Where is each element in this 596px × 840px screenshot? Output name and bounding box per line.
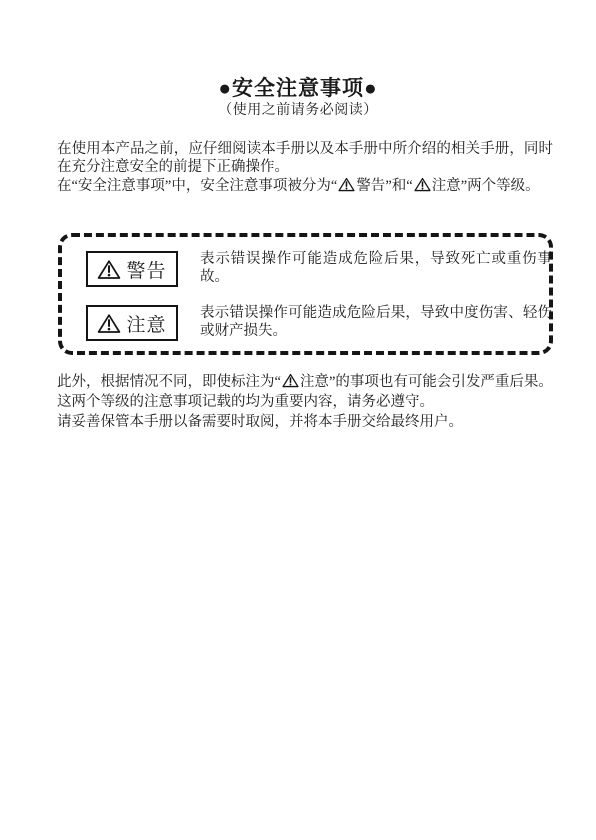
warning-triangle-icon [282,373,299,388]
warning-label-text: 警告 [126,256,166,283]
intro-paragraph-2-mid: ”和“ [385,178,412,194]
outro-paragraph-1-post: ”的事项也有可能会引发严重后果。 [329,374,553,390]
outro-section: 此外，根据情况不同，即使标注为“注意”的事项也有可能会引发严重后果。 这两个等级… [57,372,555,432]
warning-description: 表示错误操作可能造成危险后果，导致死亡或重伤事故。 [200,251,552,287]
warning-triangle-icon [97,313,121,334]
caution-description: 表示错误操作可能造成危险后果，导致中度伤害、轻伤或财产损失。 [200,305,552,341]
safety-precautions-page: ●安全注意事项● （使用之前请务必阅读） 在使用本产品之前，应仔细阅读本手册以及… [0,0,596,840]
caution-label-box: 注意 [86,305,178,341]
intro-caution-word: 注意 [432,178,461,194]
outro-paragraph-3: 请妥善保管本手册以备需要时取阅，并将本手册交给最终用户。 [57,412,555,432]
outro-paragraph-1-pre: 此外，根据情况不同，即使标注为“ [57,374,281,390]
outro-paragraph-1: 此外，根据情况不同，即使标注为“注意”的事项也有可能会引发严重后果。 [57,372,555,392]
intro-section: 在使用本产品之前，应仔细阅读本手册以及本手册中所介绍的相关手册，同时在充分注意安… [57,141,553,195]
intro-warning-word: 警告 [356,178,385,194]
intro-paragraph-2-pre: 在“安全注意事项”中，安全注意事项被分为“ [57,178,337,194]
severity-definitions-box: 警告 表示错误操作可能造成危险后果，导致死亡或重伤事故。 注意 表示错误操作可能… [58,233,553,355]
warning-label-box: 警告 [86,251,178,287]
page-title: ●安全注意事项● [0,72,596,102]
intro-paragraph-1-text: 在使用本产品之前，应仔细阅读本手册以及本手册中所介绍的相关手册，同时在充分注意安… [57,141,553,175]
warning-triangle-icon [97,259,121,280]
intro-paragraph-2: 在“安全注意事项”中，安全注意事项被分为“警告”和“注意”两个等级。 [57,177,553,196]
intro-paragraph-1: 在使用本产品之前，应仔细阅读本手册以及本手册中所介绍的相关手册，同时在充分注意安… [57,141,553,177]
caution-label-text: 注意 [126,310,166,337]
outro-paragraph-2: 这两个等级的注意事项记载的均为重要内容，请务必遵守。 [57,392,555,412]
intro-paragraph-2-post: ”两个等级。 [461,178,540,194]
warning-triangle-icon [414,177,431,192]
warning-definition-row: 警告 表示错误操作可能造成危险后果，导致死亡或重伤事故。 [86,251,552,287]
outro-caution-word: 注意 [300,374,329,390]
page-subtitle: （使用之前请务必阅读） [0,99,596,119]
caution-definition-row: 注意 表示错误操作可能造成危险后果，导致中度伤害、轻伤或财产损失。 [86,305,552,341]
outro-paragraph-2-text: 这两个等级的注意事项记载的均为重要内容，请务必遵守。 [57,394,434,410]
outro-paragraph-3-text: 请妥善保管本手册以备需要时取阅，并将本手册交给最终用户。 [57,414,463,430]
warning-triangle-icon [338,177,355,192]
